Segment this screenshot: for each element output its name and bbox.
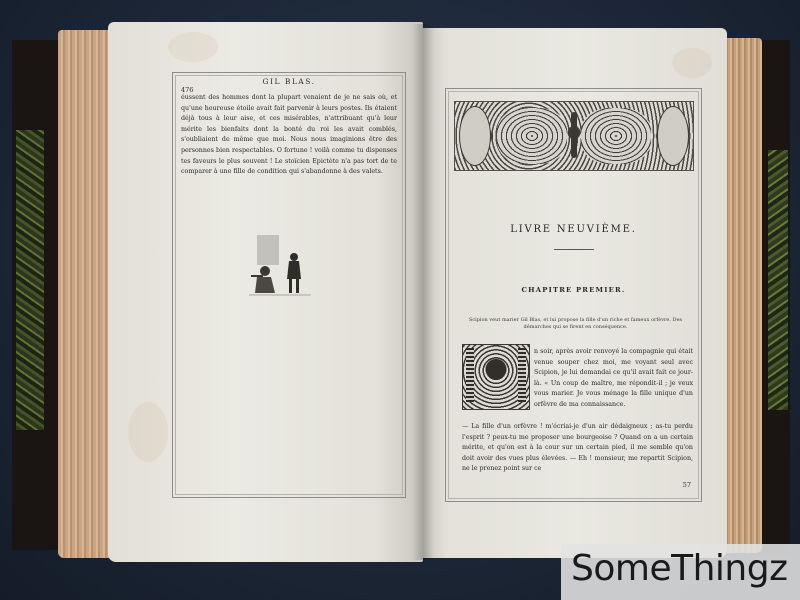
ornament-pattern-right (581, 108, 651, 164)
watermark-text: SomeThingz (571, 548, 787, 589)
left-page-text-frame: GIL BLAS. 476 éussent des hommes dont la… (172, 72, 406, 498)
chapter-text: — La fille d'un orfèvre ! m'écriai-je d'… (462, 422, 693, 475)
page-number-right: 57 (683, 481, 691, 489)
page-edges-right (722, 38, 762, 553)
right-page-text-frame: LIVRE NEUVIÈME. CHAPITRE PREMIER. Scipio… (445, 88, 702, 502)
marbled-board-right (768, 150, 788, 410)
chapter-title: CHAPITRE PREMIER. (446, 286, 701, 294)
title-rule (554, 249, 594, 250)
initial-pillar-left (466, 348, 474, 402)
decorated-initial (462, 344, 530, 410)
initial-pillar-right (518, 348, 526, 402)
chapter-text-wrapped: n soir, après avoir renvoyé la compagnie… (534, 347, 693, 411)
ornamental-headpiece (454, 101, 694, 171)
running-head: GIL BLAS. (173, 77, 405, 86)
central-figure (571, 112, 577, 158)
engraved-vignette (249, 233, 311, 299)
ornament-pattern-left (497, 108, 567, 164)
book-gutter (412, 24, 434, 560)
marbled-board-left (16, 130, 44, 430)
chapter-summary: Scipion veut marier Gil Blas, et lui pro… (460, 317, 691, 331)
book-title: LIVRE NEUVIÈME. (446, 224, 701, 235)
watermark-banner: SomeThingz (561, 544, 800, 600)
left-page-body-text: éussent des hommes dont la plupart venai… (181, 93, 397, 178)
medallion-figure-right (657, 106, 689, 166)
medallion-figure-left (459, 106, 491, 166)
